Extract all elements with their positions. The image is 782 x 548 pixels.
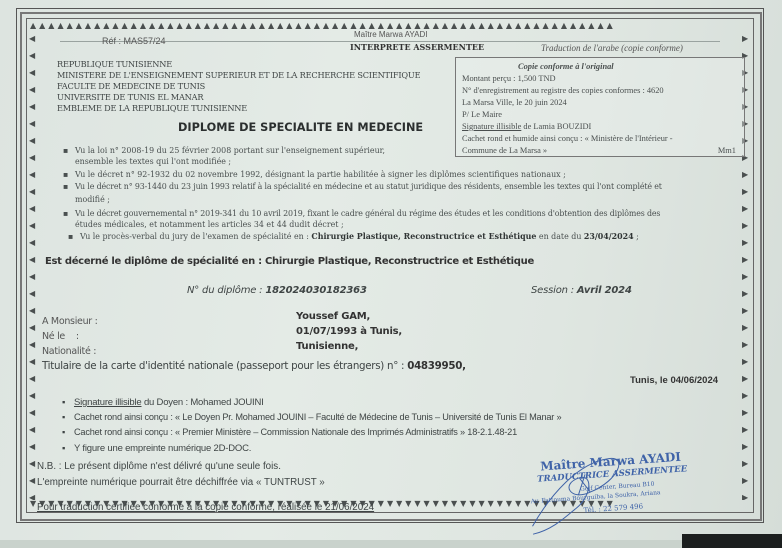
initials: Mm1 (718, 146, 736, 155)
interpreter-name: Maître Marwa AYADI (354, 30, 428, 39)
session-value: Avril 2024 (577, 285, 632, 296)
holder-name-label: A Monsieur : (42, 316, 98, 327)
session-label: Session : (531, 285, 577, 296)
consideration-text: Vu le décret gouvernemental n° 2019-341 … (75, 209, 660, 218)
consideration-text: ; (634, 232, 639, 241)
background-edge (682, 534, 782, 548)
nb-text: : Le présent diplôme n'est délivré qu'un… (56, 461, 281, 472)
holder-name: Youssef GAM, (296, 311, 370, 322)
nationality: Tunisienne, (296, 341, 358, 352)
signature-text: Y figure une empreinte numérique 2D-DOC. (74, 443, 251, 454)
id-card-number: 04839950, (407, 360, 466, 372)
diploma-number-label: N° du diplôme : (187, 285, 265, 296)
signature-illegible: Signature illisible (74, 397, 142, 408)
document-sheet: ▲▲▲▲▲▲▲▲▲▲▲▲▲▲▲▲▲▲▲▲▲▲▲▲▲▲▲▲▲▲▲▲▲▲▲▲▲▲▲▲… (0, 0, 782, 540)
mayor-signature: Signature illisible de Lamia BOUZIDI (462, 122, 591, 131)
consideration-item-continued: études médicales, et notamment les artic… (75, 220, 344, 229)
consideration-text: Vu la loi n° 2008-19 du 25 février 2008 … (75, 146, 385, 155)
institution-line: REPUBLIQUE TUNISIENNE (57, 59, 172, 69)
reference-number: Réf : MAS57/24 (102, 36, 166, 46)
triangle-pattern-left: ◀ ◀ ◀ ◀ ◀ ◀ ◀ ◀ ◀ ◀ ◀ ◀ ◀ ◀ ◀ ◀ ◀ ◀ ◀ ◀ … (29, 30, 37, 500)
consideration-item: ▪Vu la loi n° 2008-19 du 25 février 2008… (75, 146, 385, 155)
signature-item: ▪Y figure une empreinte numérique 2D-DOC… (74, 443, 251, 454)
session: Session : Avril 2024 (531, 285, 632, 296)
id-card-label: Titulaire de la carte d'identité nationa… (42, 360, 407, 372)
institution-line: EMBLEME DE LA REPUBLIQUE TUNISIENNE (57, 103, 247, 113)
institution-line: UNIVERSITE DE TUNIS EL MANAR (57, 92, 203, 102)
issue-place-date: Tunis, le 04/06/2024 (630, 375, 718, 386)
signature-text: du Doyen : Mohamed JOUINI (142, 397, 264, 408)
stamp-description-2: Commune de La Marsa » (462, 146, 547, 155)
registry-number: N° d'enregistrement au registre des copi… (462, 86, 664, 95)
stamp-description-1: Cachet rond et humide ainsi conçu : « Mi… (462, 134, 673, 143)
translator-stamp: Maître Marwa AYADI TRADUCTRICE ASSERMENT… (528, 446, 712, 528)
consideration-text: en date du (536, 232, 584, 241)
signature-name: de Lamia BOUZIDI (521, 122, 591, 131)
signature-item: ▪Cachet rond ainsi conçu : « Premier Min… (74, 427, 517, 437)
consideration-item: ▪Vu le décret gouvernemental n° 2019-341… (75, 209, 660, 218)
nb-label: N.B. (37, 461, 56, 472)
mayor-label: P/ Le Maire (462, 110, 502, 119)
consideration-item: ▪Vu le décret n° 92-1932 du 02 novembre … (75, 170, 566, 179)
place-date: La Marsa Ville, le 20 juin 2024 (462, 98, 567, 107)
triangle-pattern-top: ▲▲▲▲▲▲▲▲▲▲▲▲▲▲▲▲▲▲▲▲▲▲▲▲▲▲▲▲▲▲▲▲▲▲▲▲▲▲▲▲… (30, 22, 750, 30)
consideration-item: ▪Vu le procès-verbal du jury de l'examen… (80, 232, 639, 241)
specialty-name: Chirurgie Plastique, Reconstructrice et … (311, 232, 536, 241)
signature-item: ▪Cachet rond ainsi conçu : « Le Doyen Pr… (74, 412, 561, 422)
diploma-number: N° du diplôme : 182024030182363 (187, 285, 367, 296)
institution-line: MINISTERE DE L'ENSEIGNEMENT SUPERIEUR ET… (57, 70, 420, 80)
birth-label: Né le : (42, 331, 79, 342)
document-title: DIPLOME DE SPECIALITE EN MEDECINE (178, 121, 423, 134)
id-card-line: Titulaire de la carte d'identité nationa… (42, 360, 466, 372)
diploma-number-value: 182024030182363 (265, 285, 366, 296)
consideration-item-continued: ensemble les textes qui l'ont modifiée ; (75, 157, 231, 166)
consideration-text: Vu le décret n° 93-1440 du 23 juin 1993 … (75, 182, 662, 191)
translation-note: Traduction de l'arabe (copie conforme) (541, 43, 683, 53)
institution-line: FACULTE DE MEDECINE DE TUNIS (57, 81, 205, 91)
signature-illegible: Signature illisible (462, 122, 521, 131)
award-statement: Est décerné le diplôme de spécialité en … (45, 256, 534, 267)
signature-text: Cachet rond ainsi conçu : « Le Doyen Pr.… (74, 412, 561, 422)
signature-text: Cachet rond ainsi conçu : « Premier Mini… (74, 427, 517, 437)
amount-paid: Montant perçu : 1,500 TND (462, 74, 556, 83)
nationality-label: Nationalité : (42, 346, 96, 357)
consideration-text: Vu le décret n° 92-1932 du 02 novembre 1… (75, 170, 566, 179)
interpreter-title: INTERPRETE ASSERMENTEE (350, 42, 484, 52)
certified-copy-box: Copie conforme à l'original Montant perç… (455, 57, 745, 157)
jury-date: 23/04/2024 (584, 232, 634, 241)
certified-copy-title: Copie conforme à l'original (518, 62, 614, 71)
birth-date-place: 01/07/1993 à Tunis, (296, 326, 402, 337)
consideration-item-continued: modifié ; (75, 195, 110, 204)
nb-note: N.B. : Le présent diplôme n'est délivré … (37, 461, 281, 472)
certification-statement: Pour traduction certifiée conforme à la … (37, 502, 374, 513)
consideration-item: ▪Vu le décret n° 93-1440 du 23 juin 1993… (75, 182, 662, 191)
digital-fingerprint-note: L'empreinte numérique pourrait être déch… (37, 477, 325, 488)
signature-item: ▪Signature illisible du Doyen : Mohamed … (74, 397, 264, 408)
consideration-text: Vu le procès-verbal du jury de l'examen … (80, 232, 311, 241)
